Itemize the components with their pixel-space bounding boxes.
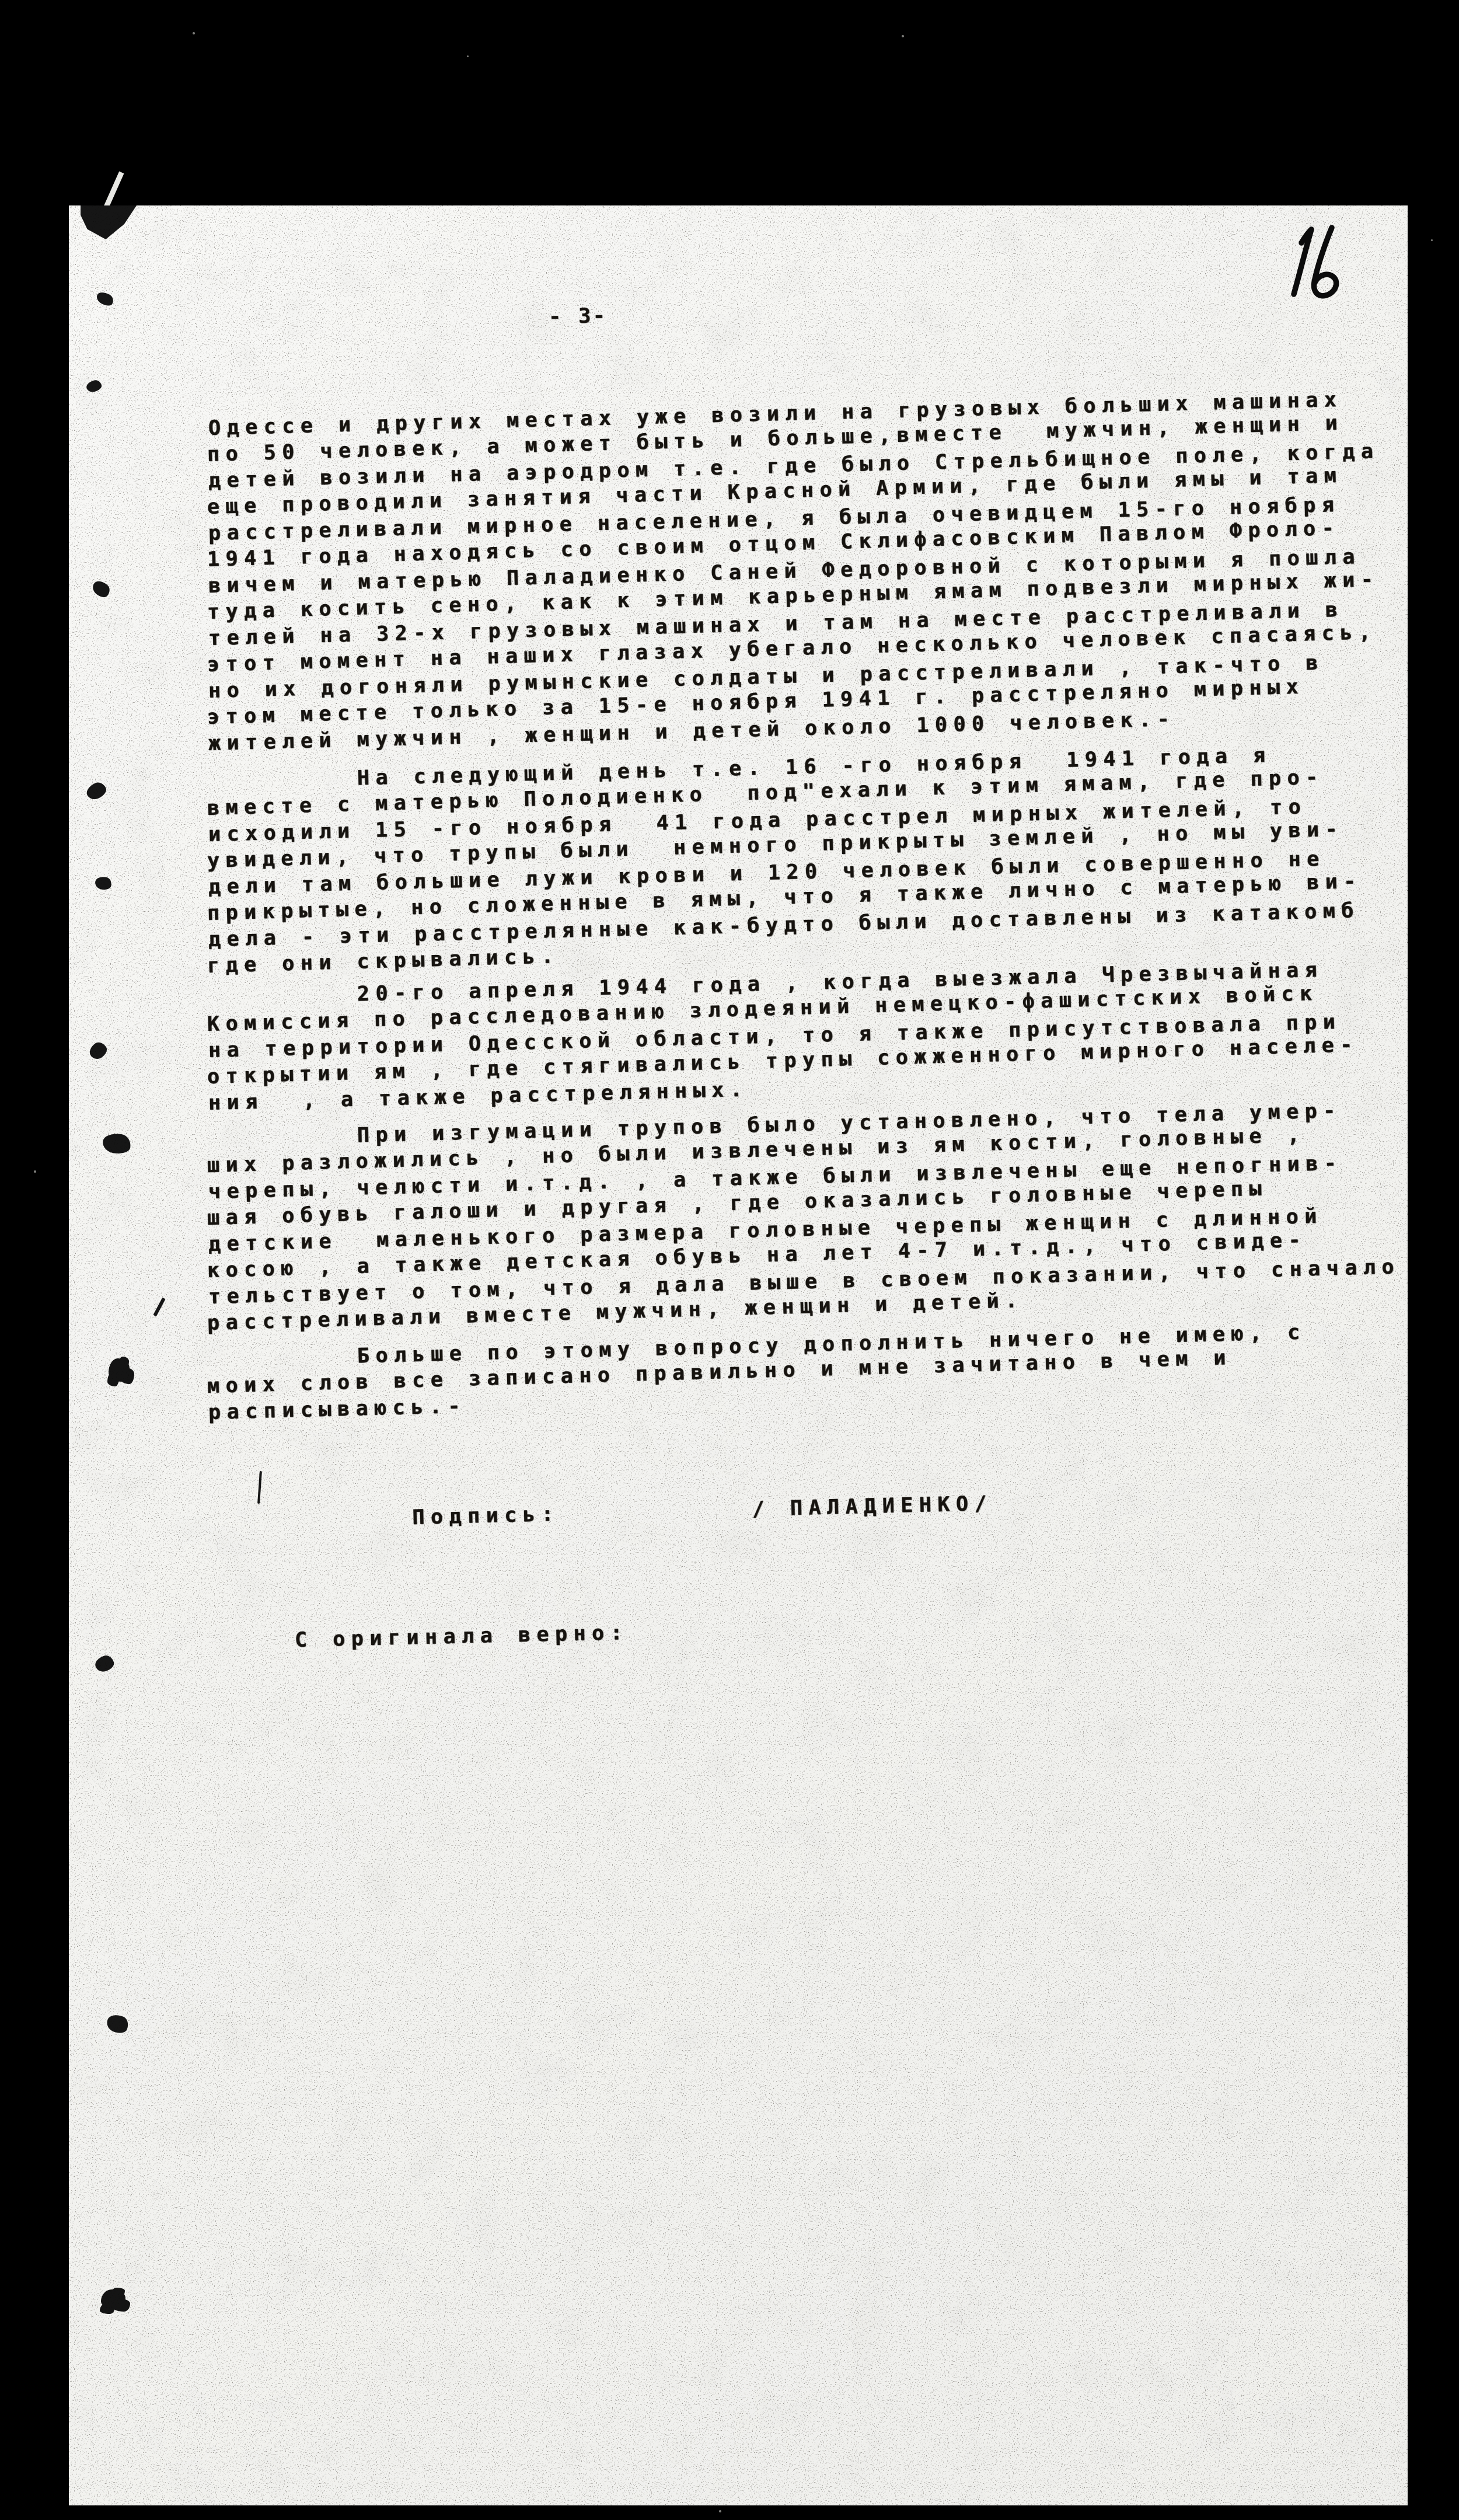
paragraph-1: Одессе и других местах уже возили на гру… <box>207 416 1380 757</box>
margin-smudge <box>86 1040 109 1062</box>
paragraph-3: 20-го апреля 1944 года , когда выезжала … <box>207 985 1380 1117</box>
page-number: - 3- <box>549 303 608 330</box>
margin-smudge <box>84 780 109 802</box>
margin-smudge <box>104 2012 131 2036</box>
certification-line: С оригинала верно: <box>294 1620 629 1654</box>
margin-smudge <box>85 379 103 393</box>
paragraph-2: На следующий день т.е. 16 -го ноября 194… <box>207 769 1380 980</box>
signature-label: Подпись: <box>412 1503 560 1529</box>
dust-speck <box>467 55 469 57</box>
scanned-archive-photocopy: { "doc": { "page_number": "- 3-", "handw… <box>0 0 1459 2520</box>
signature-row: Подпись:/ ПАЛАДИЕНКО/ <box>294 1465 993 1560</box>
dust-speck <box>1431 239 1433 241</box>
signature-name: / ПАЛАДИЕНКО/ <box>752 1492 993 1521</box>
dust-speck <box>193 32 195 34</box>
typed-text-layer: - 3- Одессе и других местах уже возили н… <box>207 205 1380 2505</box>
paragraph-5: Больше по этому вопросу дополнить ничего… <box>207 1347 1380 1426</box>
margin-smudge <box>90 578 113 600</box>
ink-splat <box>101 2289 125 2309</box>
dust-speck <box>34 1170 36 1173</box>
margin-smudge <box>93 1654 116 1674</box>
ink-splat <box>109 1358 130 1382</box>
margin-smudge <box>95 290 116 308</box>
paragraph-4: При изгумации трупов было установлено, ч… <box>207 1127 1380 1337</box>
pen-tick <box>153 1298 165 1317</box>
margin-smudge <box>102 1132 132 1155</box>
document-page: 16 - 3- Одессе и других местах уже возил… <box>69 205 1408 2505</box>
torn-corner-smudge <box>81 205 137 239</box>
dust-speck <box>902 35 904 37</box>
dust-speck <box>719 2510 721 2512</box>
margin-smudge <box>94 876 112 891</box>
